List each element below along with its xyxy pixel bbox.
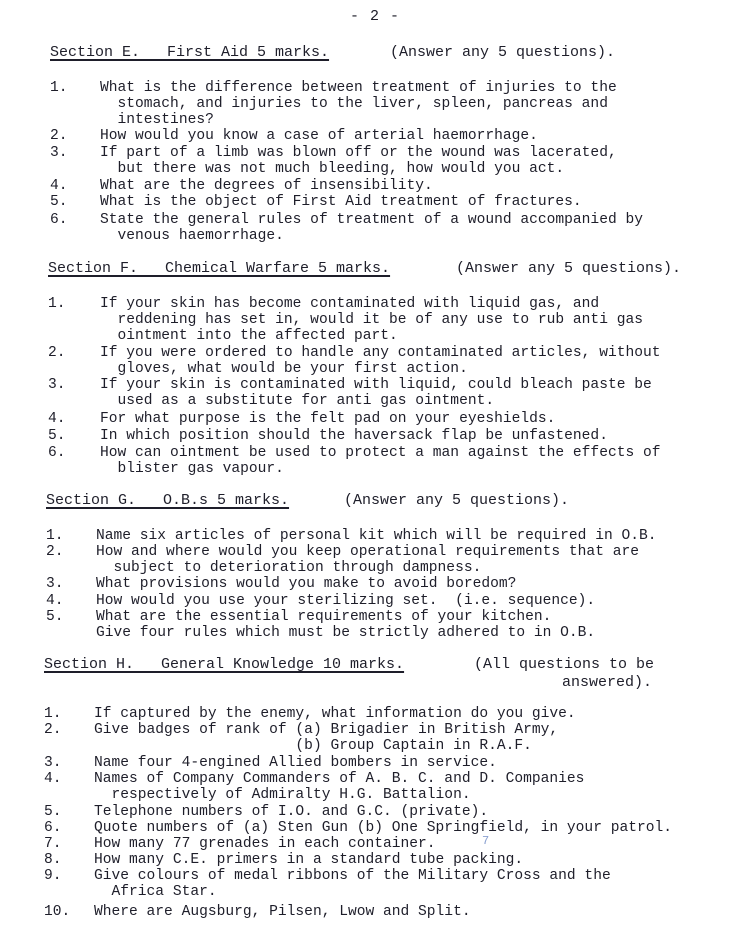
question-number: 1.: [48, 296, 88, 312]
question-number: 1.: [44, 706, 84, 722]
question-number: 7.: [44, 836, 84, 852]
question-text: Give colours of medal ribbons of the Mil…: [94, 868, 611, 900]
question-text: How would you use your sterilizing set. …: [96, 593, 595, 609]
question-text: If part of a limb was blown off or the w…: [100, 145, 617, 177]
question-text: Where are Augsburg, Pilsen, Lwow and Spl…: [94, 904, 471, 920]
question-number: 4.: [50, 178, 90, 194]
section-title: Section F. Chemical Warfare 5 marks.: [48, 260, 390, 277]
question-text: Names of Company Commanders of A. B. C. …: [94, 771, 584, 803]
question-text: If your skin has become contaminated wit…: [100, 296, 643, 344]
question-text: What is the difference between treatment…: [100, 80, 617, 128]
question-text: Quote numbers of (a) Sten Gun (b) One Sp…: [94, 820, 672, 836]
question-text: What are the degrees of insensibility.: [100, 178, 433, 194]
question-text: If captured by the enemy, what informati…: [94, 706, 576, 722]
question-text: What is the object of First Aid treatmen…: [100, 194, 582, 210]
question-text: State the general rules of treatment of …: [100, 212, 643, 244]
question-number: 9.: [44, 868, 84, 884]
question-text: How many C.E. primers in a standard tube…: [94, 852, 523, 868]
question-number: 1.: [46, 528, 86, 544]
question-number: 3.: [46, 576, 86, 592]
question-number: 3.: [48, 377, 88, 393]
question-text: How many 77 grenades in each container.: [94, 836, 436, 852]
question-number: 8.: [44, 852, 84, 868]
question-text: How would you know a case of arterial ha…: [100, 128, 538, 144]
section-instruction: (All questions to be: [474, 656, 654, 673]
section-instruction: (Answer any 5 questions).: [390, 44, 615, 61]
question-number: 2.: [46, 544, 86, 560]
section-title: Section G. O.B.s 5 marks.: [46, 492, 289, 509]
question-text: If your skin is contaminated with liquid…: [100, 377, 652, 409]
section-instruction-continued: answered).: [562, 674, 652, 691]
section-instruction: (Answer any 5 questions).: [344, 492, 569, 509]
question-number: 5.: [48, 428, 88, 444]
question-text: If you were ordered to handle any contam…: [100, 345, 661, 377]
question-text: How and where would you keep operational…: [96, 544, 639, 576]
question-number: 6.: [44, 820, 84, 836]
question-number: 4.: [46, 593, 86, 609]
question-text: Give badges of rank of (a) Brigadier in …: [94, 722, 558, 754]
question-number: 1.: [50, 80, 90, 96]
page-number: - 2 -: [0, 8, 750, 25]
question-number: 4.: [44, 771, 84, 787]
handwritten-mark: 7: [482, 834, 489, 848]
question-text: How can ointment be used to protect a ma…: [100, 445, 661, 477]
question-text: For what purpose is the felt pad on your…: [100, 411, 555, 427]
question-number: 2.: [48, 345, 88, 361]
question-number: 6.: [50, 212, 90, 228]
question-text: Name four 4-engined Allied bombers in se…: [94, 755, 497, 771]
question-number: 3.: [50, 145, 90, 161]
section-instruction: (Answer any 5 questions).: [456, 260, 681, 277]
section-title: Section H. General Knowledge 10 marks.: [44, 656, 404, 673]
question-text: What are the essential requirements of y…: [96, 609, 595, 641]
question-text: What provisions would you make to avoid …: [96, 576, 516, 592]
question-number: 2.: [50, 128, 90, 144]
question-number: 6.: [48, 445, 88, 461]
question-text: Name six articles of personal kit which …: [96, 528, 657, 544]
question-text: In which position should the haversack f…: [100, 428, 608, 444]
question-number: 2.: [44, 722, 84, 738]
question-text: Telephone numbers of I.O. and G.C. (priv…: [94, 804, 488, 820]
question-number: 5.: [46, 609, 86, 625]
question-number: 4.: [48, 411, 88, 427]
question-number: 5.: [50, 194, 90, 210]
question-number: 5.: [44, 804, 84, 820]
section-title: Section E. First Aid 5 marks.: [50, 44, 329, 61]
question-number: 3.: [44, 755, 84, 771]
question-number: 10.: [44, 904, 84, 920]
